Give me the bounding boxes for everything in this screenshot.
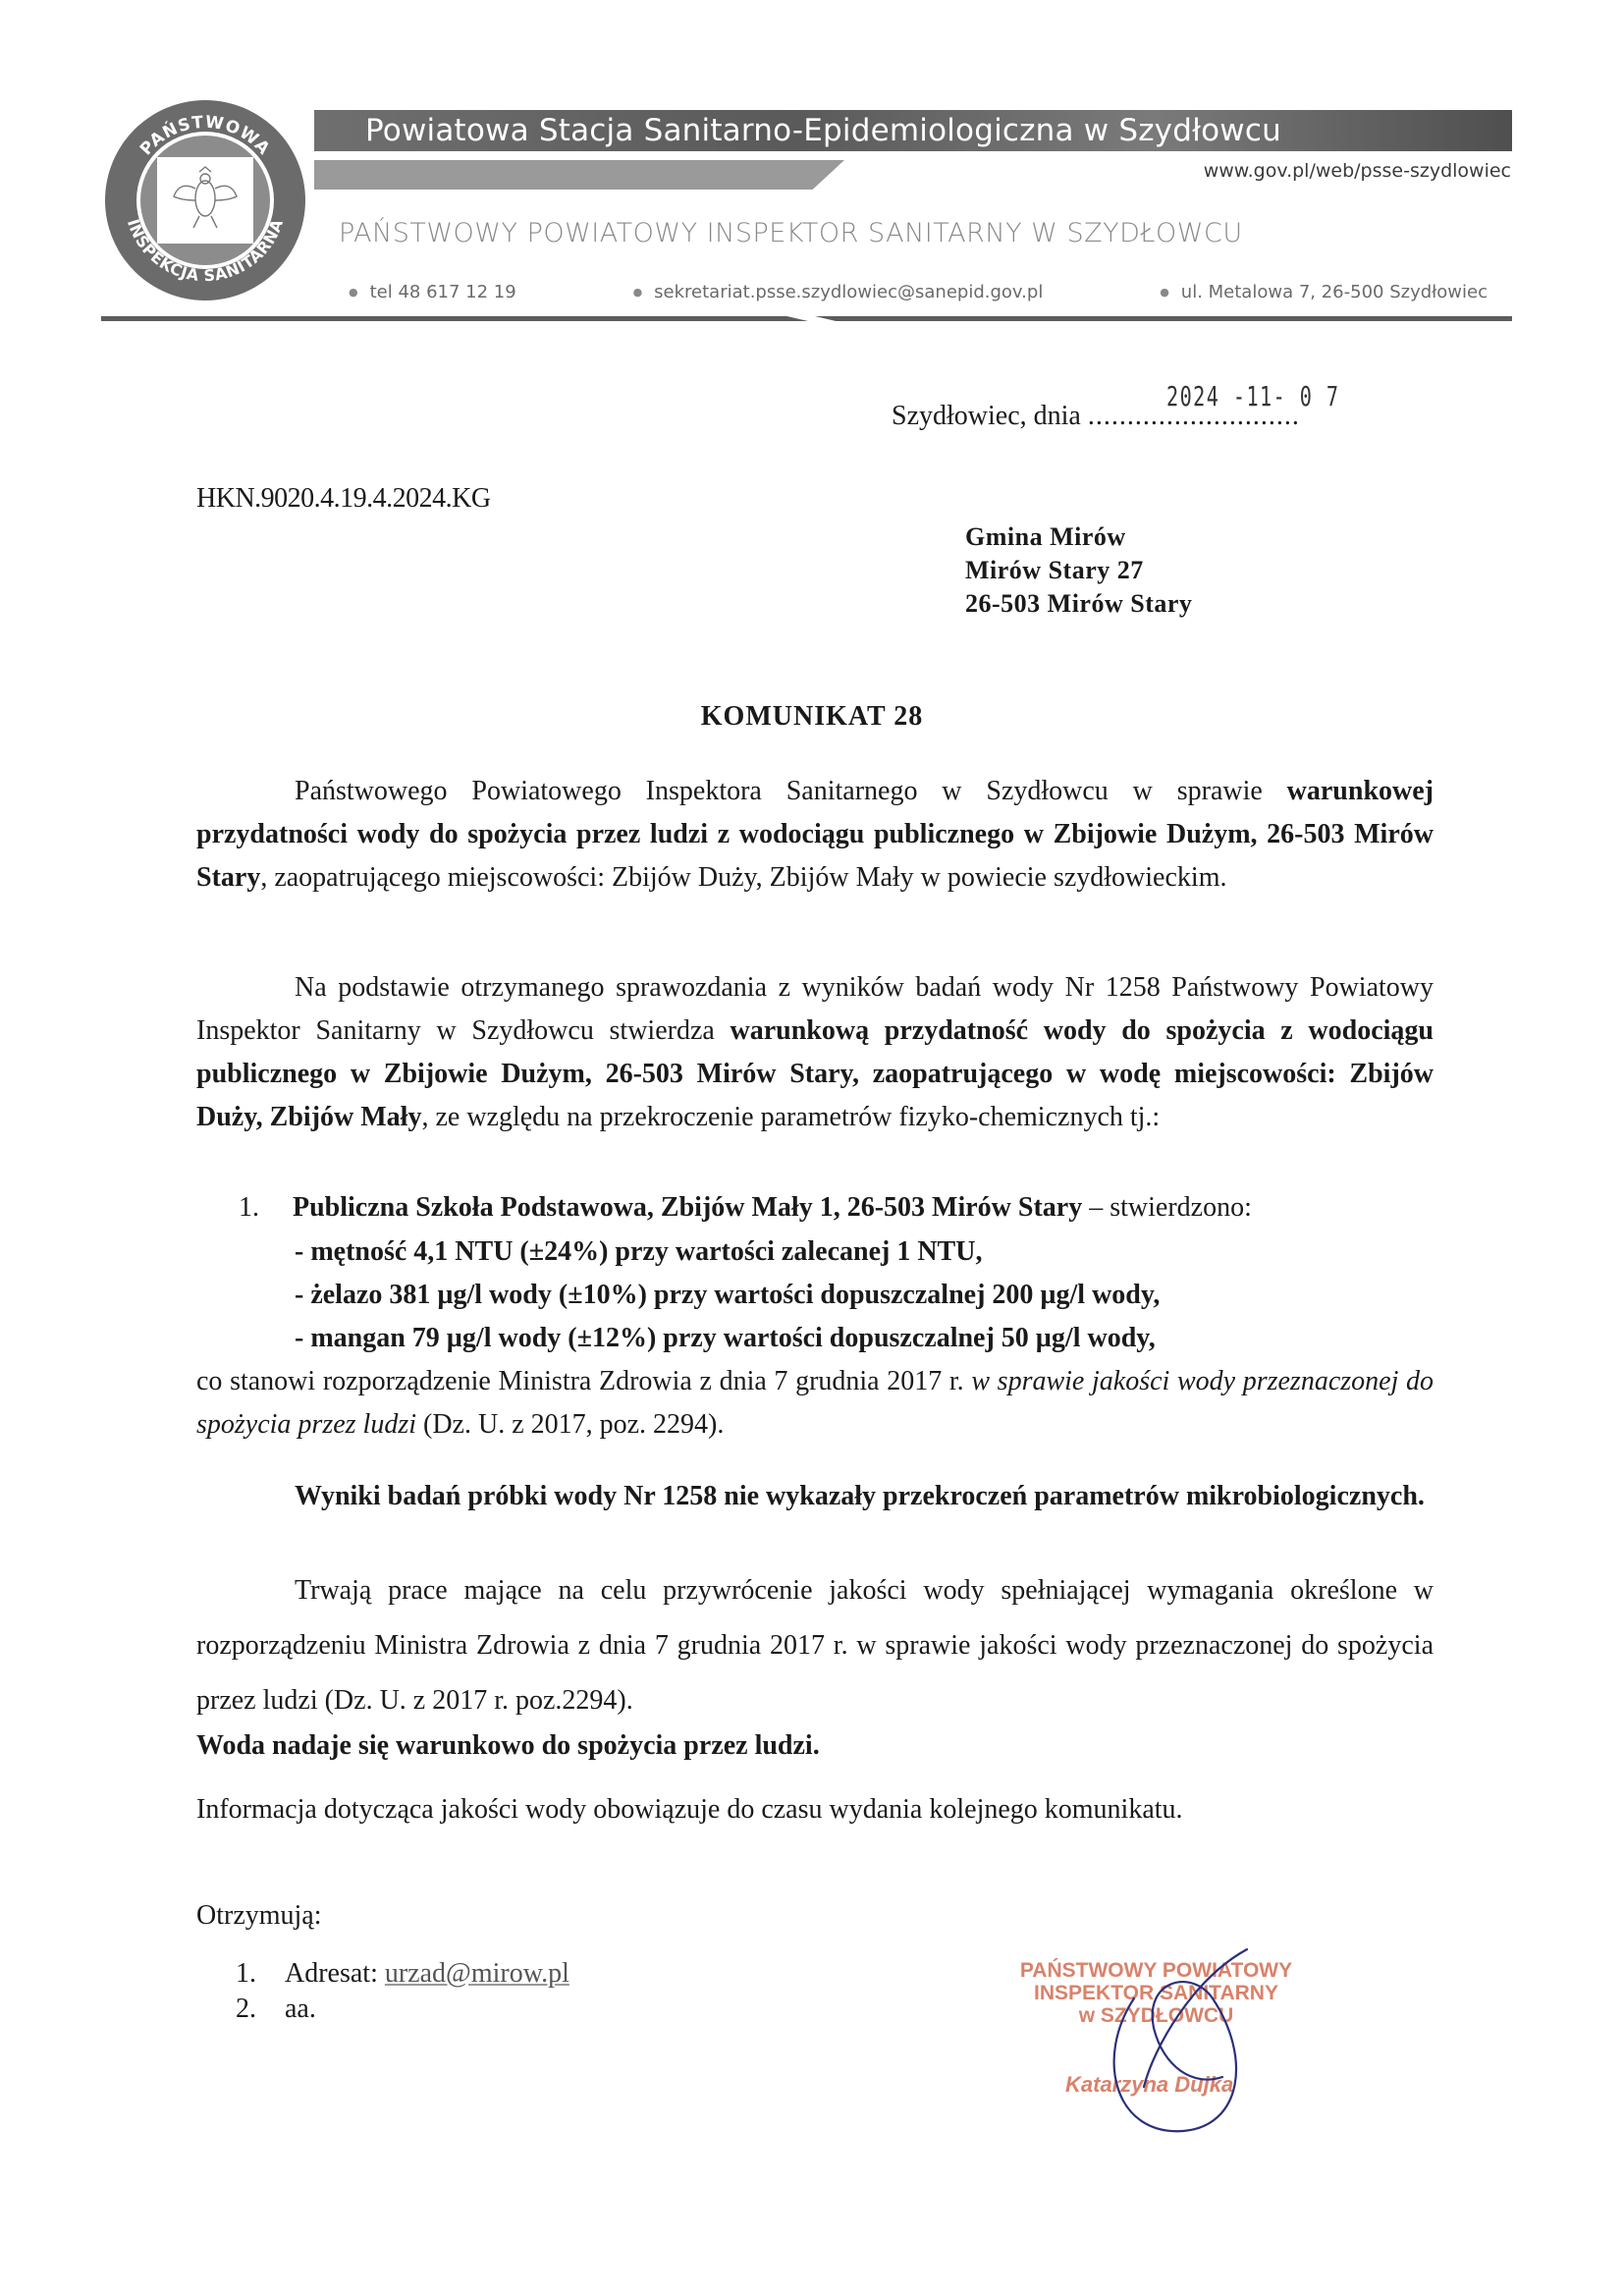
header-decorative-band <box>314 160 844 190</box>
parameter-turbidity: - mętność 4,1 NTU (±24%) przy wartości z… <box>295 1230 982 1274</box>
addressee-line-2: Mirów Stary 27 <box>965 554 1192 587</box>
contact-info-row: tel 48 617 12 19 sekretariat.psse.szydlo… <box>349 282 1488 302</box>
recipient-email-link[interactable]: urzad@mirow.pl <box>385 1958 569 1989</box>
text-span: co stanowi rozporządzenie Ministra Zdrow… <box>196 1366 971 1396</box>
parameter-manganese: - mangan 79 µg/l wody (±12%) przy wartoś… <box>295 1317 1156 1360</box>
recipient-number: 2. <box>236 1992 285 2027</box>
validity-note: Informacja dotycząca jakości wody obowią… <box>196 1794 1183 1826</box>
text-span: , zaopatrującego miejscowości: Zbijów Du… <box>260 862 1226 893</box>
findings-list-item: 1.Publiczna Szkoła Podstawowa, Zbijów Ma… <box>239 1186 1436 1230</box>
recipients-label: Otrzymują: <box>196 1900 322 1932</box>
paragraph-microbiology: Wyniki badań próbki wody Nr 1258 nie wyk… <box>196 1475 1434 1518</box>
recipient-item: 2.aa. <box>236 1992 569 2027</box>
phone-number: tel 48 617 12 19 <box>349 282 516 302</box>
document-title: KOMUNIKAT 28 <box>0 701 1624 733</box>
text-span: , ze względu na przekroczenie parametrów… <box>421 1102 1160 1132</box>
recipient-item: 1.Adresat: urzad@mirow.pl <box>236 1956 569 1992</box>
recipients-list: 1.Adresat: urzad@mirow.pl 2.aa. <box>236 1956 569 2027</box>
paragraph-remediation: Trwają prace mające na celu przywrócenie… <box>196 1563 1434 1728</box>
text-span: (Dz. U. z 2017, poz. 2294). <box>416 1409 724 1440</box>
header-divider-left <box>101 316 808 321</box>
addressee-line-3: 26-503 Mirów Stary <box>965 587 1192 621</box>
recipient-number: 1. <box>236 1956 285 1992</box>
list-number: 1. <box>239 1186 293 1230</box>
reference-number: HKN.9020.4.19.4.2024.KG <box>196 483 491 515</box>
text-span: Państwowego Powiatowego Inspektora Sanit… <box>295 776 1287 806</box>
paragraph-subject: Państwowego Powiatowego Inspektora Sanit… <box>196 770 1434 900</box>
stamped-date: 2024 -11- 0 7 <box>1166 380 1340 412</box>
place-label: Szydłowiec, dnia <box>892 401 1081 431</box>
conclusion: Woda nadaje się warunkowo do spożycia pr… <box>196 1730 820 1762</box>
paragraph-findings-intro: Na podstawie otrzymanego sprawozdania z … <box>196 966 1434 1139</box>
header-divider-right <box>815 316 1512 321</box>
contact-email[interactable]: sekretariat.psse.szydlowiec@sanepid.gov.… <box>633 282 1044 302</box>
parameter-iron: - żelazo 381 µg/l wody (±10%) przy warto… <box>295 1274 1160 1317</box>
recipient-label: Adresat: <box>285 1958 385 1989</box>
sampling-location: Publiczna Szkoła Podstawowa, Zbijów Mały… <box>293 1192 1082 1223</box>
inspekcja-sanitarna-seal-logo: PAŃSTWOWA INSPEKCJA SANITARNA <box>103 98 307 302</box>
addressee-block: Gmina Mirów Mirów Stary 27 26-503 Mirów … <box>965 520 1192 621</box>
addressee-line-1: Gmina Mirów <box>965 520 1192 554</box>
website-link[interactable]: www.gov.pl/web/psse-szydlowiec <box>1204 160 1511 182</box>
handwritten-signature-icon <box>1075 1940 1272 2136</box>
paragraph-regulation: co stanowi rozporządzenie Ministra Zdrow… <box>196 1360 1434 1447</box>
institution-name-banner: Powiatowa Stacja Sanitarno-Epidemiologic… <box>314 110 1512 151</box>
recipient-label: aa. <box>285 1994 316 2024</box>
office-address: ul. Metalowa 7, 26-500 Szydłowiec <box>1160 282 1488 302</box>
location-suffix: – stwierdzono: <box>1082 1192 1252 1223</box>
inspector-title: PAŃSTWOWY POWIATOWY INSPEKTOR SANITARNY … <box>339 218 1243 248</box>
